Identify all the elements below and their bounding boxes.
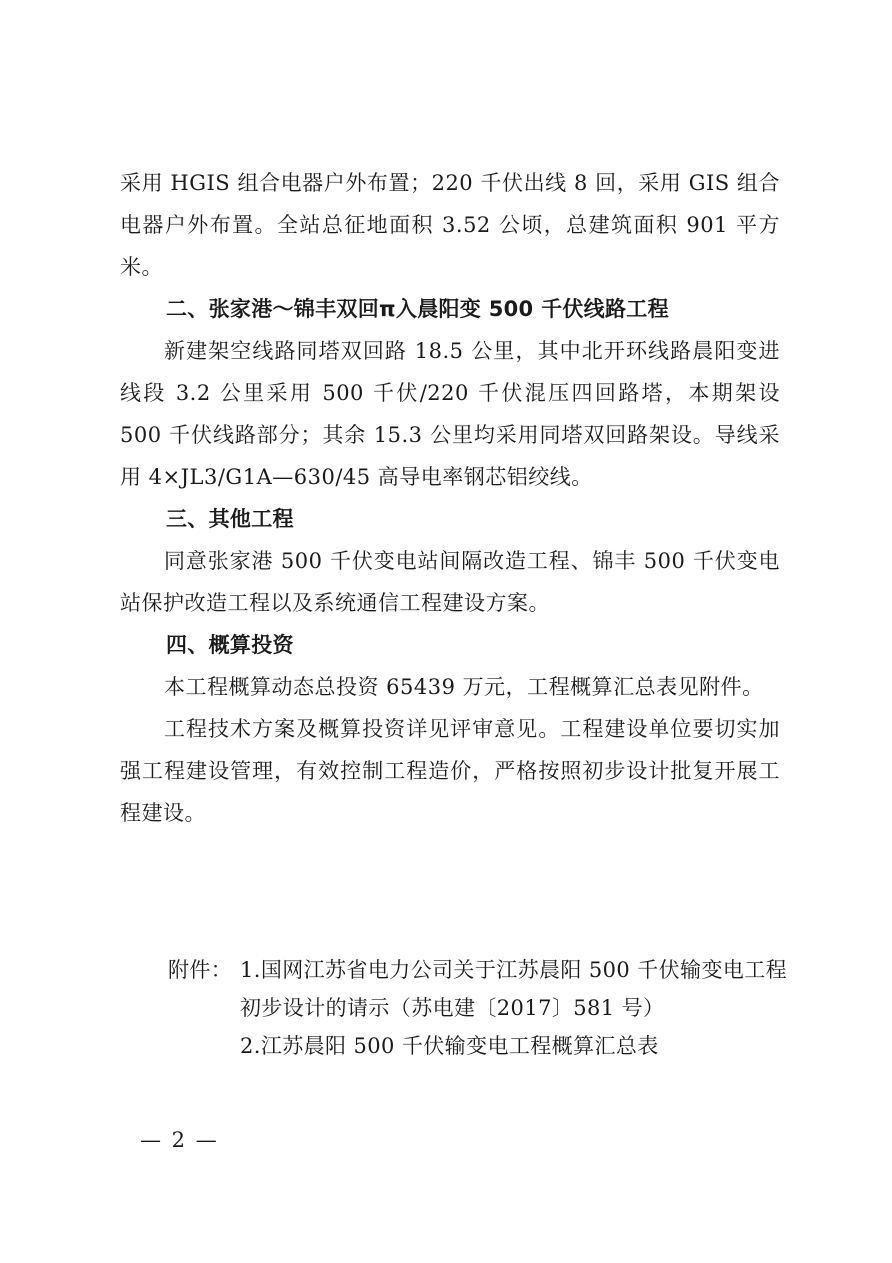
attachments-label: 附件：	[168, 951, 240, 1065]
attachment-item-2: 2.江苏晨阳 500 千伏输变电工程概算汇总表	[240, 1027, 788, 1065]
attachment-item-1: 1.国网江苏省电力公司关于江苏晨阳 500 千伏输变电工程初步设计的请示（苏电建…	[240, 951, 788, 1027]
paragraph-substation-layout: 采用 HGIS 组合电器户外布置；220 千伏出线 8 回，采用 GIS 组合电…	[120, 162, 780, 288]
section-heading-line-project: 二、张家港～锦丰双回π入晨阳变 500 千伏线路工程	[120, 288, 780, 330]
section-heading-other-projects: 三、其他工程	[120, 498, 780, 540]
paragraph-investment: 本工程概算动态总投资 65439 万元，工程概算汇总表见附件。	[120, 666, 780, 708]
attachments-section: 附件： 1.国网江苏省电力公司关于江苏晨阳 500 千伏输变电工程初步设计的请示…	[168, 951, 788, 1065]
paragraph-line-project: 新建架空线路同塔双回路 18.5 公里，其中北开环线路晨阳变进线段 3.2 公里…	[120, 330, 780, 498]
section-heading-investment: 四、概算投资	[120, 624, 780, 666]
document-body: 采用 HGIS 组合电器户外布置；220 千伏出线 8 回，采用 GIS 组合电…	[120, 162, 780, 834]
paragraph-construction-requirements: 工程技术方案及概算投资详见评审意见。工程建设单位要切实加强工程建设管理，有效控制…	[120, 708, 780, 834]
document-page: 采用 HGIS 组合电器户外布置；220 千伏出线 8 回，采用 GIS 组合电…	[0, 0, 892, 1263]
page-number: — 2 —	[140, 1128, 219, 1152]
paragraph-other-projects: 同意张家港 500 千伏变电站间隔改造工程、锦丰 500 千伏变电站保护改造工程…	[120, 540, 780, 624]
attachments-list: 1.国网江苏省电力公司关于江苏晨阳 500 千伏输变电工程初步设计的请示（苏电建…	[240, 951, 788, 1065]
